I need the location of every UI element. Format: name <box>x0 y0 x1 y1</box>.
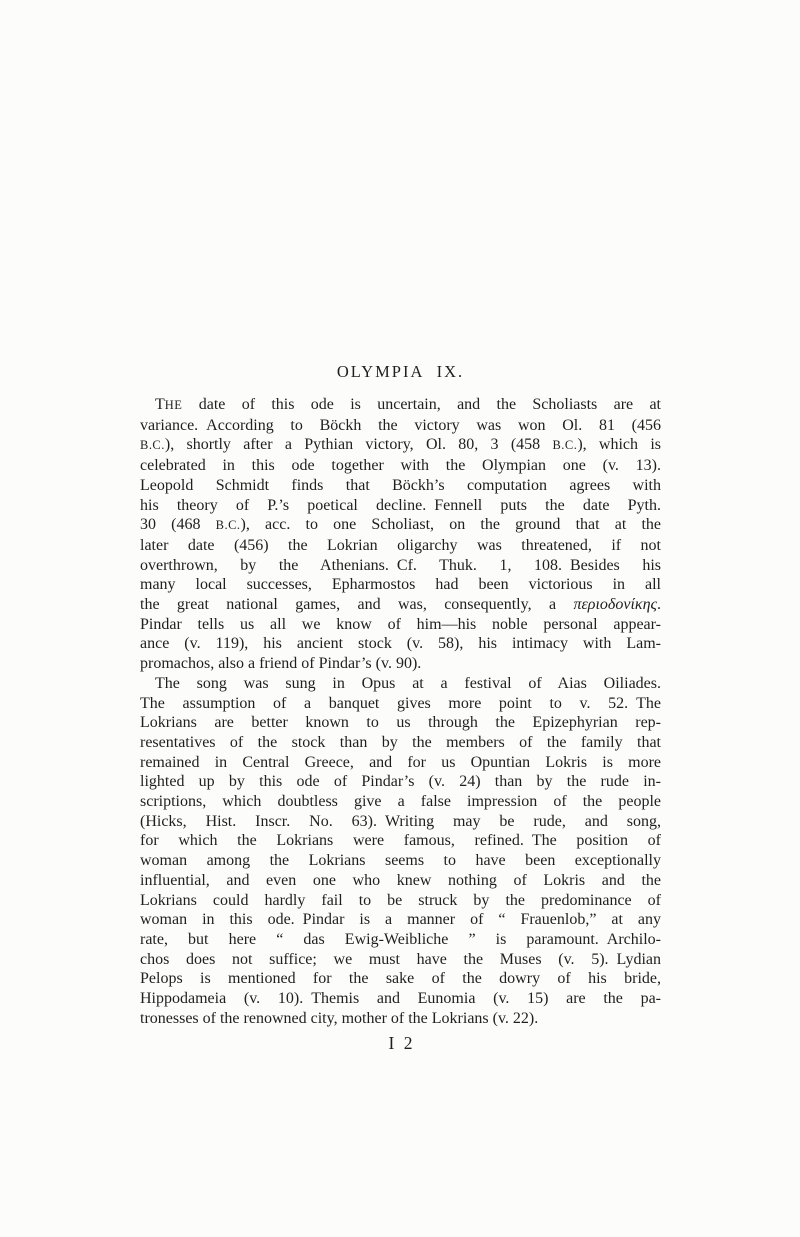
text-line: 30 (468 B.C.), acc. to one Scholiast, on… <box>140 515 661 536</box>
text-segment: many local successes, Epharmostos had be… <box>140 576 661 593</box>
text-segment: woman in this ode. Pindar is a manner of… <box>140 911 661 928</box>
text-segment: remained in Central Greece, and for us O… <box>140 754 661 771</box>
text-segment: for which the Lokrians were famous, refi… <box>140 832 661 849</box>
paragraph: The song was sung in Opus at a festival … <box>140 674 661 1029</box>
text-segment: Lokrians are better known to us through … <box>140 714 661 731</box>
text-line: THE date of this ode is uncertain, and t… <box>140 395 661 416</box>
text-line: The assumption of a banquet gives more p… <box>140 694 661 714</box>
text-segment: influential, and even one who knew nothi… <box>140 872 661 889</box>
text-segment: rate, but here “ das Ewig-Weibliche ” is… <box>140 931 661 948</box>
text-segment: The song was sung in Opus at a festival … <box>155 675 661 692</box>
text-line: Leopold Schmidt finds that Böckh’s compu… <box>140 476 661 496</box>
signature-mark: I 2 <box>140 1033 661 1054</box>
text-segment: ), shortly after a Pythian victory, Ol. … <box>165 436 553 453</box>
text-line: The song was sung in Opus at a festival … <box>140 674 661 694</box>
text-line: Hippodameia (v. 10). Themis and Eunomia … <box>140 989 661 1009</box>
text-segment: Pelops is mentioned for the sake of the … <box>140 970 661 987</box>
text-segment: . <box>657 596 661 613</box>
text-segment: resentatives of the stock than by the me… <box>140 734 661 751</box>
text-segment: ), acc. to one Scholiast, on the ground … <box>241 516 661 533</box>
text-segment: B.C. <box>216 518 241 532</box>
text-segment: later date (456) the Lokrian oligarchy w… <box>140 537 661 554</box>
text-line: promachos, also a friend of Pindar’s (v.… <box>140 654 661 674</box>
text-segment: Leopold Schmidt finds that Böckh’s compu… <box>140 477 661 494</box>
text-segment: the great national games, and was, conse… <box>140 596 573 613</box>
text-segment: Hippodameia (v. 10). Themis and Eunomia … <box>140 990 661 1007</box>
text-segment: his theory of P.’s poetical decline. Fen… <box>140 497 661 514</box>
text-segment: promachos, also a friend of Pindar’s (v.… <box>140 655 421 672</box>
text-line: Lokrians could hardly fail to be struck … <box>140 891 661 911</box>
text-segment: overthrown, by the Athenians. Cf. Thuk. … <box>140 557 661 574</box>
text-segment: (Hicks, Hist. Inscr. No. 63). Writing ma… <box>140 813 661 830</box>
text-segment: variance. According to Böckh the victory… <box>140 417 661 434</box>
text-segment: Lokrians could hardly fail to be struck … <box>140 892 661 909</box>
text-segment: B.C. <box>552 438 577 452</box>
text-line: later date (456) the Lokrian oligarchy w… <box>140 536 661 556</box>
text-line: remained in Central Greece, and for us O… <box>140 753 661 773</box>
text-line: (Hicks, Hist. Inscr. No. 63). Writing ma… <box>140 812 661 832</box>
text-line: celebrated in this ode together with the… <box>140 456 661 476</box>
text-segment: Pindar tells us all we know of him—his n… <box>140 616 661 633</box>
text-line: woman in this ode. Pindar is a manner of… <box>140 910 661 930</box>
text-segment: ance (v. 119), his ancient stock (v. 58)… <box>140 635 661 652</box>
text-segment: celebrated in this ode together with the… <box>140 457 661 474</box>
text-segment: HE <box>165 398 183 412</box>
text-segment: lighted up by this ode of Pindar’s (v. 2… <box>140 773 661 790</box>
paragraphs: THE date of this ode is uncertain, and t… <box>140 395 661 1029</box>
text-segment: T <box>155 396 165 413</box>
text-line: for which the Lokrians were famous, refi… <box>140 831 661 851</box>
text-segment: 30 (468 <box>140 516 216 533</box>
text-line: tronesses of the renowned city, mother o… <box>140 1009 661 1029</box>
text-line: woman among the Lokrians seems to have b… <box>140 851 661 871</box>
book-page: OLYMPIA IX. THE date of this ode is unce… <box>140 0 661 1054</box>
text-line: many local successes, Epharmostos had be… <box>140 575 661 595</box>
text-segment: woman among the Lokrians seems to have b… <box>140 852 661 869</box>
text-line: B.C.), shortly after a Pythian victory, … <box>140 435 661 456</box>
text-line: ance (v. 119), his ancient stock (v. 58)… <box>140 634 661 654</box>
text-segment: tronesses of the renowned city, mother o… <box>140 1010 538 1027</box>
text-line: resentatives of the stock than by the me… <box>140 733 661 753</box>
text-line: scriptions, which doubtless give a false… <box>140 792 661 812</box>
text-line: chos does not suffice; we must have the … <box>140 950 661 970</box>
text-segment: date of this ode is uncertain, and the S… <box>182 396 661 413</box>
text-segment: chos does not suffice; we must have the … <box>140 951 661 968</box>
text-segment: ), which is <box>577 436 661 453</box>
text-line: the great national games, and was, conse… <box>140 595 661 615</box>
paragraph: THE date of this ode is uncertain, and t… <box>140 395 661 674</box>
greek-term: περιοδονίκης <box>573 596 657 613</box>
text-segment: B.C. <box>140 438 165 452</box>
text-segment: The assumption of a banquet gives more p… <box>140 695 661 712</box>
text-line: his theory of P.’s poetical decline. Fen… <box>140 496 661 516</box>
text-line: overthrown, by the Athenians. Cf. Thuk. … <box>140 556 661 576</box>
text-line: Lokrians are better known to us through … <box>140 713 661 733</box>
text-line: influential, and even one who knew nothi… <box>140 871 661 891</box>
text-line: lighted up by this ode of Pindar’s (v. 2… <box>140 772 661 792</box>
text-line: variance. According to Böckh the victory… <box>140 416 661 436</box>
page-title: OLYMPIA IX. <box>140 362 661 381</box>
text-line: Pelops is mentioned for the sake of the … <box>140 969 661 989</box>
text-segment: scriptions, which doubtless give a false… <box>140 793 661 810</box>
text-line: Pindar tells us all we know of him—his n… <box>140 615 661 635</box>
text-line: rate, but here “ das Ewig-Weibliche ” is… <box>140 930 661 950</box>
